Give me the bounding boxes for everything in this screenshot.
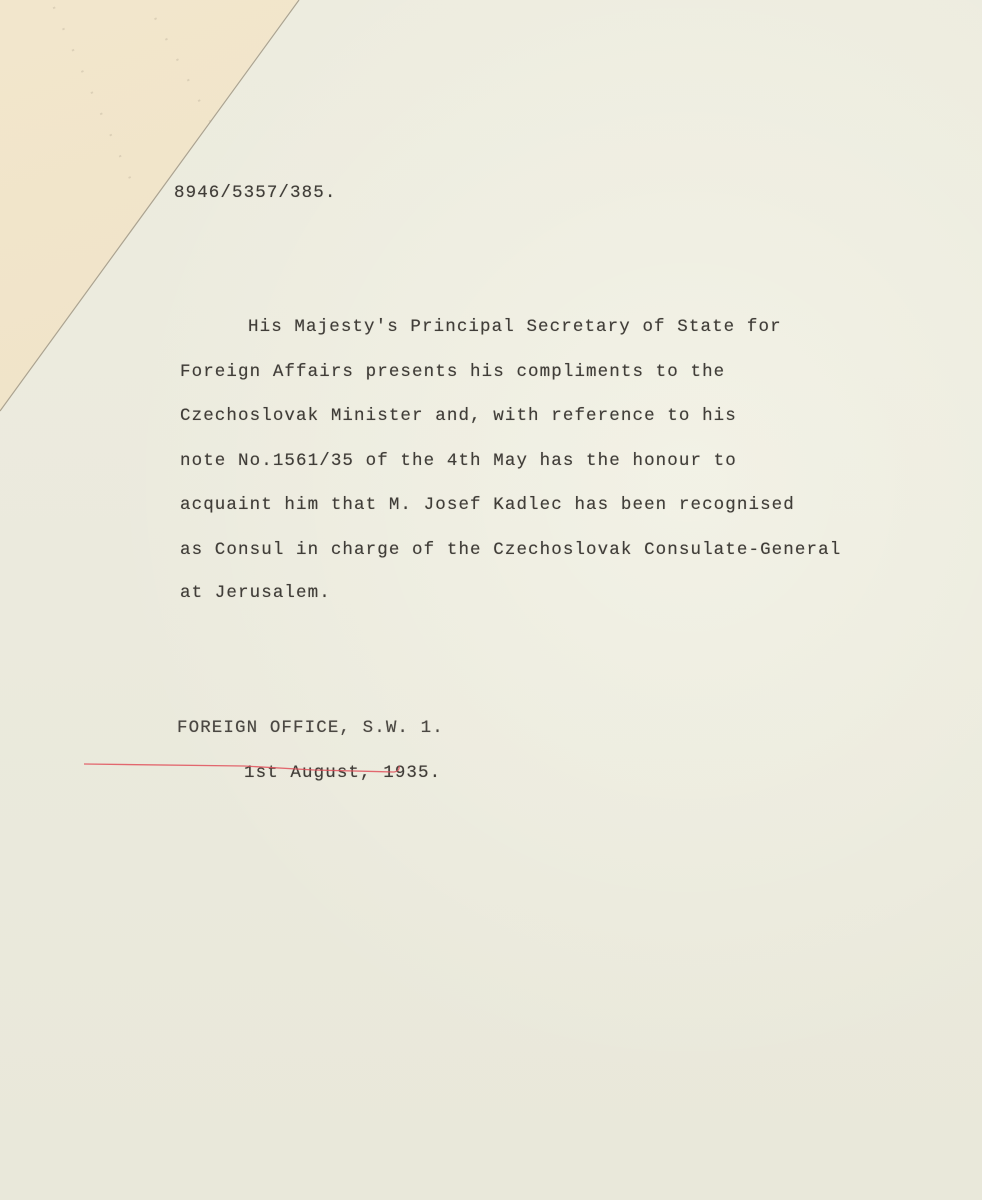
ghost-text-bleed: · · · · · · · · · ·	[134, 0, 253, 193]
body-line-4: note No.1561/35 of the 4th May has the h…	[180, 451, 737, 471]
body-line-1: His Majesty's Principal Secretary of Sta…	[248, 317, 782, 337]
body-line-2: Foreign Affairs presents his compliments…	[180, 362, 725, 382]
body-line-5: acquaint him that M. Josef Kadlec has be…	[180, 495, 795, 515]
body-line-3: Czechoslovak Minister and, with referenc…	[180, 406, 737, 426]
ghost-text-bleed: · · · · · · · · ·	[44, 0, 141, 188]
body-line-7: at Jerusalem.	[180, 583, 331, 603]
sender-office: FOREIGN OFFICE, S.W. 1.	[177, 718, 444, 738]
struck-date: 1st August,	[244, 763, 372, 783]
date-year: 1935.	[372, 763, 442, 783]
reference-number: 8946/5357/385.	[174, 183, 336, 203]
body-line-6: as Consul in charge of the Czechoslovak …	[180, 540, 841, 560]
document-page: · · · · · · · · · · · · · · · · · · · 89…	[0, 0, 982, 1200]
underlying-sheet-corner: · · · · · · · · · · · · · · · · · · ·	[0, 0, 982, 1200]
date-line: 1st August, 1935.	[244, 763, 441, 783]
